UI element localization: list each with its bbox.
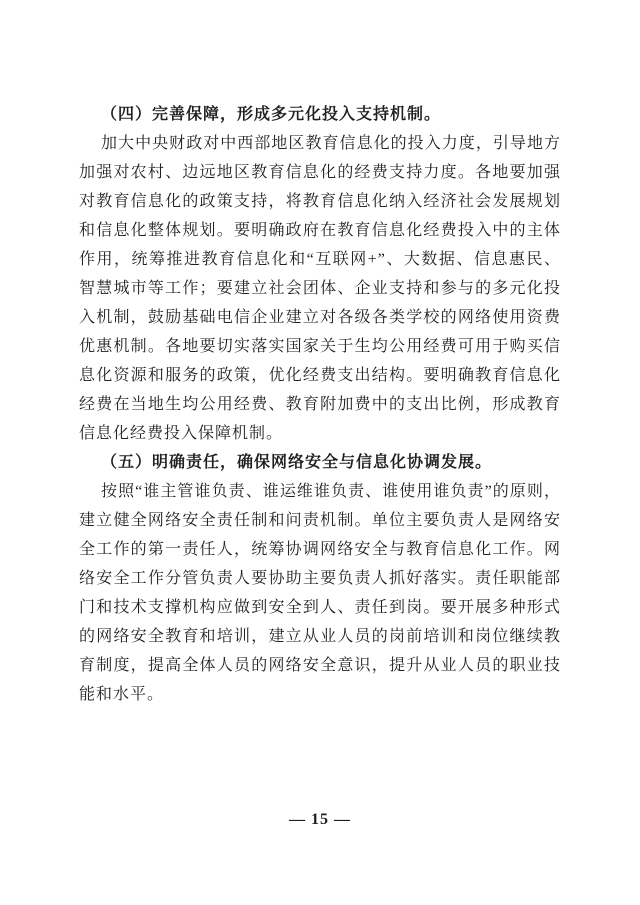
section-heading-5: （五）明确责任，确保网络安全与信息化协调发展。 — [79, 448, 561, 477]
section-5-paragraph: 按照“谁主管谁负责、谁运维谁负责、谁使用谁负责”的原则，建立健全网络安全责任制和… — [79, 477, 561, 709]
document-page: （四）完善保障，形成多元化投入支持机制。 加大中央财政对中西部地区教育信息化的投… — [0, 0, 640, 905]
page-number: — 15 — — [0, 811, 640, 829]
section-4-paragraph: 加大中央财政对中西部地区教育信息化的投入力度，引导地方加强对农村、边远地区教育信… — [79, 129, 561, 448]
document-body: （四）完善保障，形成多元化投入支持机制。 加大中央财政对中西部地区教育信息化的投… — [79, 100, 561, 709]
section-heading-4: （四）完善保障，形成多元化投入支持机制。 — [79, 100, 561, 129]
